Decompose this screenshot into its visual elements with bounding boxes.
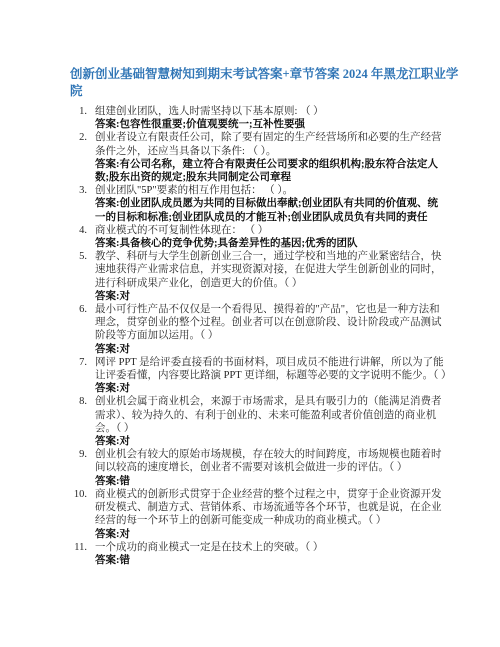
answer-line: 答案:错 <box>95 475 447 488</box>
question-text: 商业模式的创新形式贯穿于企业经营的整个过程之中，贯穿于企业资源开发研发模式、制造… <box>95 488 447 528</box>
qa-item: 3. 创业团队"5P"要素的相互作用包括： （ ）。 答案:创业团队成员愿为共同… <box>70 184 455 224</box>
answer-value: 错 <box>120 555 131 566</box>
item-number: 5. <box>70 250 87 263</box>
item-number: 2. <box>70 131 87 144</box>
qa-list: 1. 组建创业团队，选人时需坚持以下基本原则: （ ） 答案:包容性很重要;价值… <box>70 105 455 567</box>
answer-line: 答案:创业团队成员愿为共同的目标做出奉献;创业团队有共同的价值观、统一的目标和标… <box>95 197 447 223</box>
question-text: 教学、科研与大学生创新创业三合一，通过学校和当地的产业紧密结合，快速地获得产业需… <box>95 250 447 290</box>
question-text: 一个成功的商业模式一定是在技术上的突破。（ ） <box>95 541 447 554</box>
qa-item: 2. 创业者设立有限责任公司，除了要有固定的生产经营场所和必要的生产经营条件之外… <box>70 131 455 184</box>
answer-line: 答案:具备核心的竞争优势;具备差异性的基因;优秀的团队 <box>95 237 447 250</box>
question-text: 创业机会属于商业机会，来源于市场需求，是具有吸引力的（能满足消费者需求）、较为持… <box>95 395 447 435</box>
item-number: 10. <box>70 488 87 501</box>
answer-line: 答案:对 <box>95 290 447 303</box>
item-content: 创业者设立有限责任公司，除了要有固定的生产经营场所和必要的生产经营条件之外，还应… <box>95 131 447 184</box>
item-content: 最小可行性产品不仅仅是一个看得见、摸得着的"产品"，它也是一种方法和理念，贯穿创… <box>95 303 447 356</box>
question-text: 组建创业团队，选人时需坚持以下基本原则: （ ） <box>95 105 447 118</box>
answer-line: 答案:有公司名称，建立符合有限责任公司要求的组织机构;股东符合法定人数;股东出资… <box>95 158 447 184</box>
answer-value: 具备核心的竞争优势;具备差异性的基因;优秀的团队 <box>120 238 358 249</box>
item-content: 教学、科研与大学生创新创业三合一，通过学校和当地的产业紧密结合，快速地获得产业需… <box>95 250 447 303</box>
answer-value: 对 <box>120 344 131 355</box>
question-text: 创业机会有较大的原始市场规模，存在较大的时间跨度，市场规模也随着时间以较高的速度… <box>95 448 447 474</box>
item-number: 8. <box>70 395 87 408</box>
question-text: 商业模式的不可复制性体现在： （ ） <box>95 224 447 237</box>
answer-label: 答案: <box>95 159 120 170</box>
question-text: 网评 PPT 是给评委直接看的书面材料，项目成员不能进行讲解，所以为了能让评委看… <box>95 356 447 382</box>
answer-value: 有公司名称，建立符合有限责任公司要求的组织机构;股东符合法定人数;股东出资的规定… <box>95 159 438 183</box>
item-number: 6. <box>70 303 87 316</box>
question-text: 最小可行性产品不仅仅是一个看得见、摸得着的"产品"，它也是一种方法和理念，贯穿创… <box>95 303 447 343</box>
item-number: 11. <box>70 541 87 554</box>
item-number: 1. <box>70 105 87 118</box>
item-content: 组建创业团队，选人时需坚持以下基本原则: （ ） 答案:包容性很重要;价值观要统… <box>95 105 447 131</box>
answer-label: 答案: <box>95 436 120 447</box>
answer-value: 对 <box>120 529 131 540</box>
answer-label: 答案: <box>95 238 120 249</box>
page-title: 创新创业基础智慧树知到期末考试答案+章节答案 2024 年黑龙江职业学院 <box>70 66 470 100</box>
answer-label: 答案: <box>95 119 120 130</box>
item-number: 4. <box>70 224 87 237</box>
item-number: 7. <box>70 356 87 369</box>
qa-item: 9. 创业机会有较大的原始市场规模，存在较大的时间跨度，市场规模也随着时间以较高… <box>70 448 455 488</box>
qa-item: 5. 教学、科研与大学生创新创业三合一，通过学校和当地的产业紧密结合，快速地获得… <box>70 250 455 303</box>
qa-item: 7. 网评 PPT 是给评委直接看的书面材料，项目成员不能进行讲解，所以为了能让… <box>70 356 455 396</box>
answer-value: 对 <box>120 383 131 394</box>
answer-label: 答案: <box>95 529 120 540</box>
answer-value: 创业团队成员愿为共同的目标做出奉献;创业团队有共同的价值观、统一的目标和标准;创… <box>95 198 438 222</box>
qa-item: 6. 最小可行性产品不仅仅是一个看得见、摸得着的"产品"，它也是一种方法和理念，… <box>70 303 455 356</box>
answer-line: 答案:错 <box>95 554 447 567</box>
qa-item: 4. 商业模式的不可复制性体现在： （ ） 答案:具备核心的竞争优势;具备差异性… <box>70 224 455 250</box>
item-number: 3. <box>70 184 87 197</box>
document-page: 创新创业基础智慧树知到期末考试答案+章节答案 2024 年黑龙江职业学院 1. … <box>0 0 500 647</box>
item-content: 创业团队"5P"要素的相互作用包括： （ ）。 答案:创业团队成员愿为共同的目标… <box>95 184 447 224</box>
answer-line: 答案:对 <box>95 343 447 356</box>
answer-label: 答案: <box>95 383 120 394</box>
qa-item: 1. 组建创业团队，选人时需坚持以下基本原则: （ ） 答案:包容性很重要;价值… <box>70 105 455 131</box>
answer-value: 包容性很重要;价值观要统一;互补性要强 <box>120 119 306 130</box>
answer-label: 答案: <box>95 291 120 302</box>
question-text: 创业团队"5P"要素的相互作用包括： （ ）。 <box>95 184 447 197</box>
answer-line: 答案:对 <box>95 528 447 541</box>
answer-line: 答案:对 <box>95 382 447 395</box>
answer-label: 答案: <box>95 476 120 487</box>
qa-item: 11. 一个成功的商业模式一定是在技术上的突破。（ ） 答案:错 <box>70 541 455 567</box>
item-content: 创业机会有较大的原始市场规模，存在较大的时间跨度，市场规模也随着时间以较高的速度… <box>95 448 447 488</box>
item-content: 商业模式的创新形式贯穿于企业经营的整个过程之中，贯穿于企业资源开发研发模式、制造… <box>95 488 447 541</box>
item-content: 一个成功的商业模式一定是在技术上的突破。（ ） 答案:错 <box>95 541 447 567</box>
answer-label: 答案: <box>95 555 120 566</box>
answer-value: 对 <box>120 291 131 302</box>
item-number: 9. <box>70 448 87 461</box>
qa-item: 10. 商业模式的创新形式贯穿于企业经营的整个过程之中，贯穿于企业资源开发研发模… <box>70 488 455 541</box>
item-content: 网评 PPT 是给评委直接看的书面材料，项目成员不能进行讲解，所以为了能让评委看… <box>95 356 447 396</box>
answer-line: 答案:包容性很重要;价值观要统一;互补性要强 <box>95 118 447 131</box>
answer-value: 对 <box>120 436 131 447</box>
answer-label: 答案: <box>95 198 120 209</box>
answer-label: 答案: <box>95 344 120 355</box>
item-content: 商业模式的不可复制性体现在： （ ） 答案:具备核心的竞争优势;具备差异性的基因… <box>95 224 447 250</box>
qa-item: 8. 创业机会属于商业机会，来源于市场需求，是具有吸引力的（能满足消费者需求）、… <box>70 395 455 448</box>
answer-line: 答案:对 <box>95 435 447 448</box>
answer-value: 错 <box>120 476 131 487</box>
question-text: 创业者设立有限责任公司，除了要有固定的生产经营场所和必要的生产经营条件之外，还应… <box>95 131 447 157</box>
item-content: 创业机会属于商业机会，来源于市场需求，是具有吸引力的（能满足消费者需求）、较为持… <box>95 395 447 448</box>
